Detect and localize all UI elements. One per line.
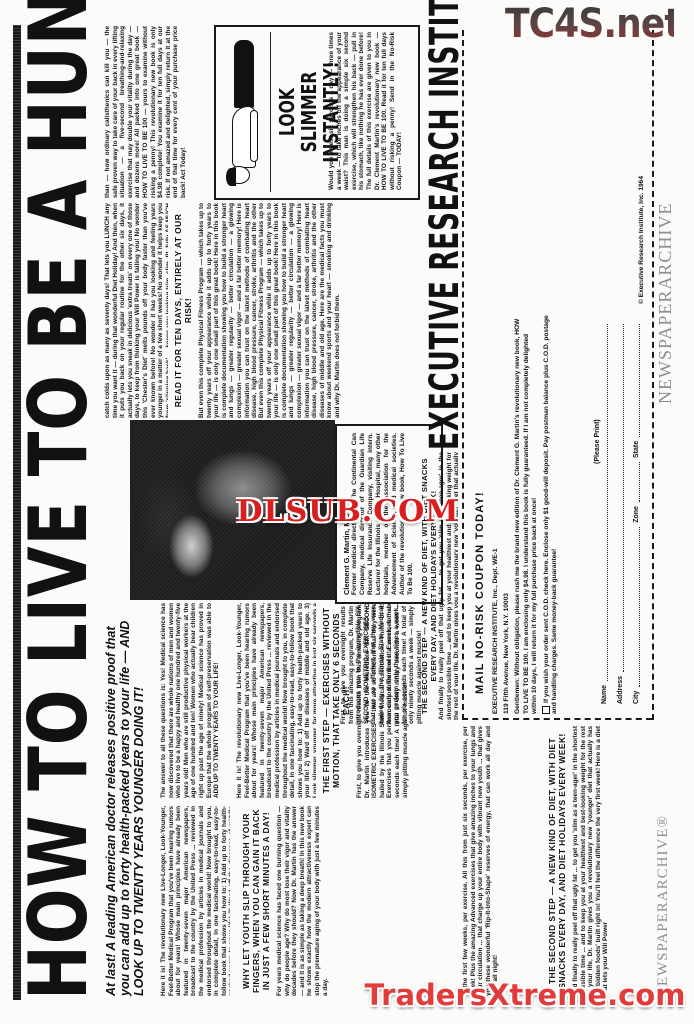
cod-checkbox[interactable] bbox=[542, 706, 550, 714]
column-1-subhead: WHY LET YOUTH SLIP THROUGH YOUR FINGERS,… bbox=[241, 806, 271, 996]
column-6-subhead: THE SECOND STEP — A NEW KIND OF DIET, WI… bbox=[547, 726, 567, 996]
coupon-address-1: EXECUTIVE RESEARCH INSTITUTE, Inc., Dept… bbox=[492, 314, 500, 714]
address-field[interactable]: Address bbox=[616, 324, 624, 704]
column-1-lower: WHY LET YOUTH SLIP THROUGH YOUR FINGERS,… bbox=[236, 806, 456, 996]
column-4-body: And finally to really peel off that ugly… bbox=[438, 452, 458, 720]
column-2-text: The answer to all these questions is: Ye… bbox=[160, 603, 230, 798]
column-4b: THE SECOND STEP — A NEW KIND OF DIET, WI… bbox=[420, 452, 460, 720]
column-3-subhead: READ IT FOR TEN DAYS, ENTIRELY AT OUR RI… bbox=[173, 203, 193, 418]
watermark-tradersxtreme: TradersXtreme.com bbox=[360, 972, 690, 1018]
coupon-copyright: © Executive Research Institute, Inc. 196… bbox=[638, 176, 645, 304]
watermark-tc4s: TC4S.net bbox=[505, 2, 674, 46]
newspaperarchive-logo-bottom: NEWSPAPERARCHIVE® bbox=[655, 815, 672, 998]
coupon-address-2: 119 Fifth Avenue, New York, N.Y. 10003 bbox=[503, 314, 511, 714]
column-6-body: In the first few weeks, per exercise. Al… bbox=[462, 726, 542, 996]
lead-paragraph: At last! A leading American doctor relea… bbox=[104, 601, 146, 996]
headline: HOW TO LIVE TO BE A HUNDRED! bbox=[20, 192, 98, 1000]
coupon-text: Gentlemen: Without obligation, please ru… bbox=[514, 314, 539, 714]
look-slimmer-text: Would you invest six seconds a day — thr… bbox=[328, 32, 414, 190]
column-3b: But even this complete Physical Fitness … bbox=[258, 203, 418, 418]
name-field[interactable]: Name bbox=[600, 324, 608, 704]
column-2-body-top: Here it is! The revolutionary new Live-L… bbox=[236, 603, 316, 798]
newspaperarchive-logo: NEWSPAPERARCHIVE bbox=[655, 203, 676, 404]
column-1-text: Here it is! The revolutionary new Live-L… bbox=[160, 806, 230, 996]
coupon-body: EXECUTIVE RESEARCH INSTITUTE, Inc., Dept… bbox=[492, 314, 562, 714]
column-6-body-2: And finally to really peel off that ugly… bbox=[572, 726, 642, 996]
coupon-cut-line bbox=[652, 30, 654, 720]
column-5-body: than — how ordinary calisthenics can kil… bbox=[104, 26, 208, 198]
column-3: catch colds upon as many as seventy days… bbox=[104, 203, 254, 418]
coupon-cod-option[interactable]: If you wish your order sent C.O.D. check… bbox=[542, 314, 559, 714]
column-3-body-2: But even this complete Physical Fitness … bbox=[198, 203, 258, 418]
look-slimmer-box: LOOK SLIMMER INSTANTLY! Would you invest… bbox=[214, 25, 420, 200]
column-4-subhead: THE SECOND STEP — A NEW KIND OF DIET, WI… bbox=[420, 452, 438, 720]
column-3b-body: But even this complete Physical Fitness … bbox=[258, 203, 418, 418]
city-field[interactable]: City Zone State bbox=[632, 324, 640, 704]
exercise-figure-illustration bbox=[222, 32, 271, 192]
watermark-dlsub: DLSUB.COM bbox=[209, 494, 487, 530]
column-3-body: catch colds upon as many as seventy days… bbox=[104, 203, 168, 418]
column-1-body: For years medical science has faced one … bbox=[276, 806, 446, 996]
column-6: In the first few weeks, per exercise. Al… bbox=[462, 726, 650, 996]
